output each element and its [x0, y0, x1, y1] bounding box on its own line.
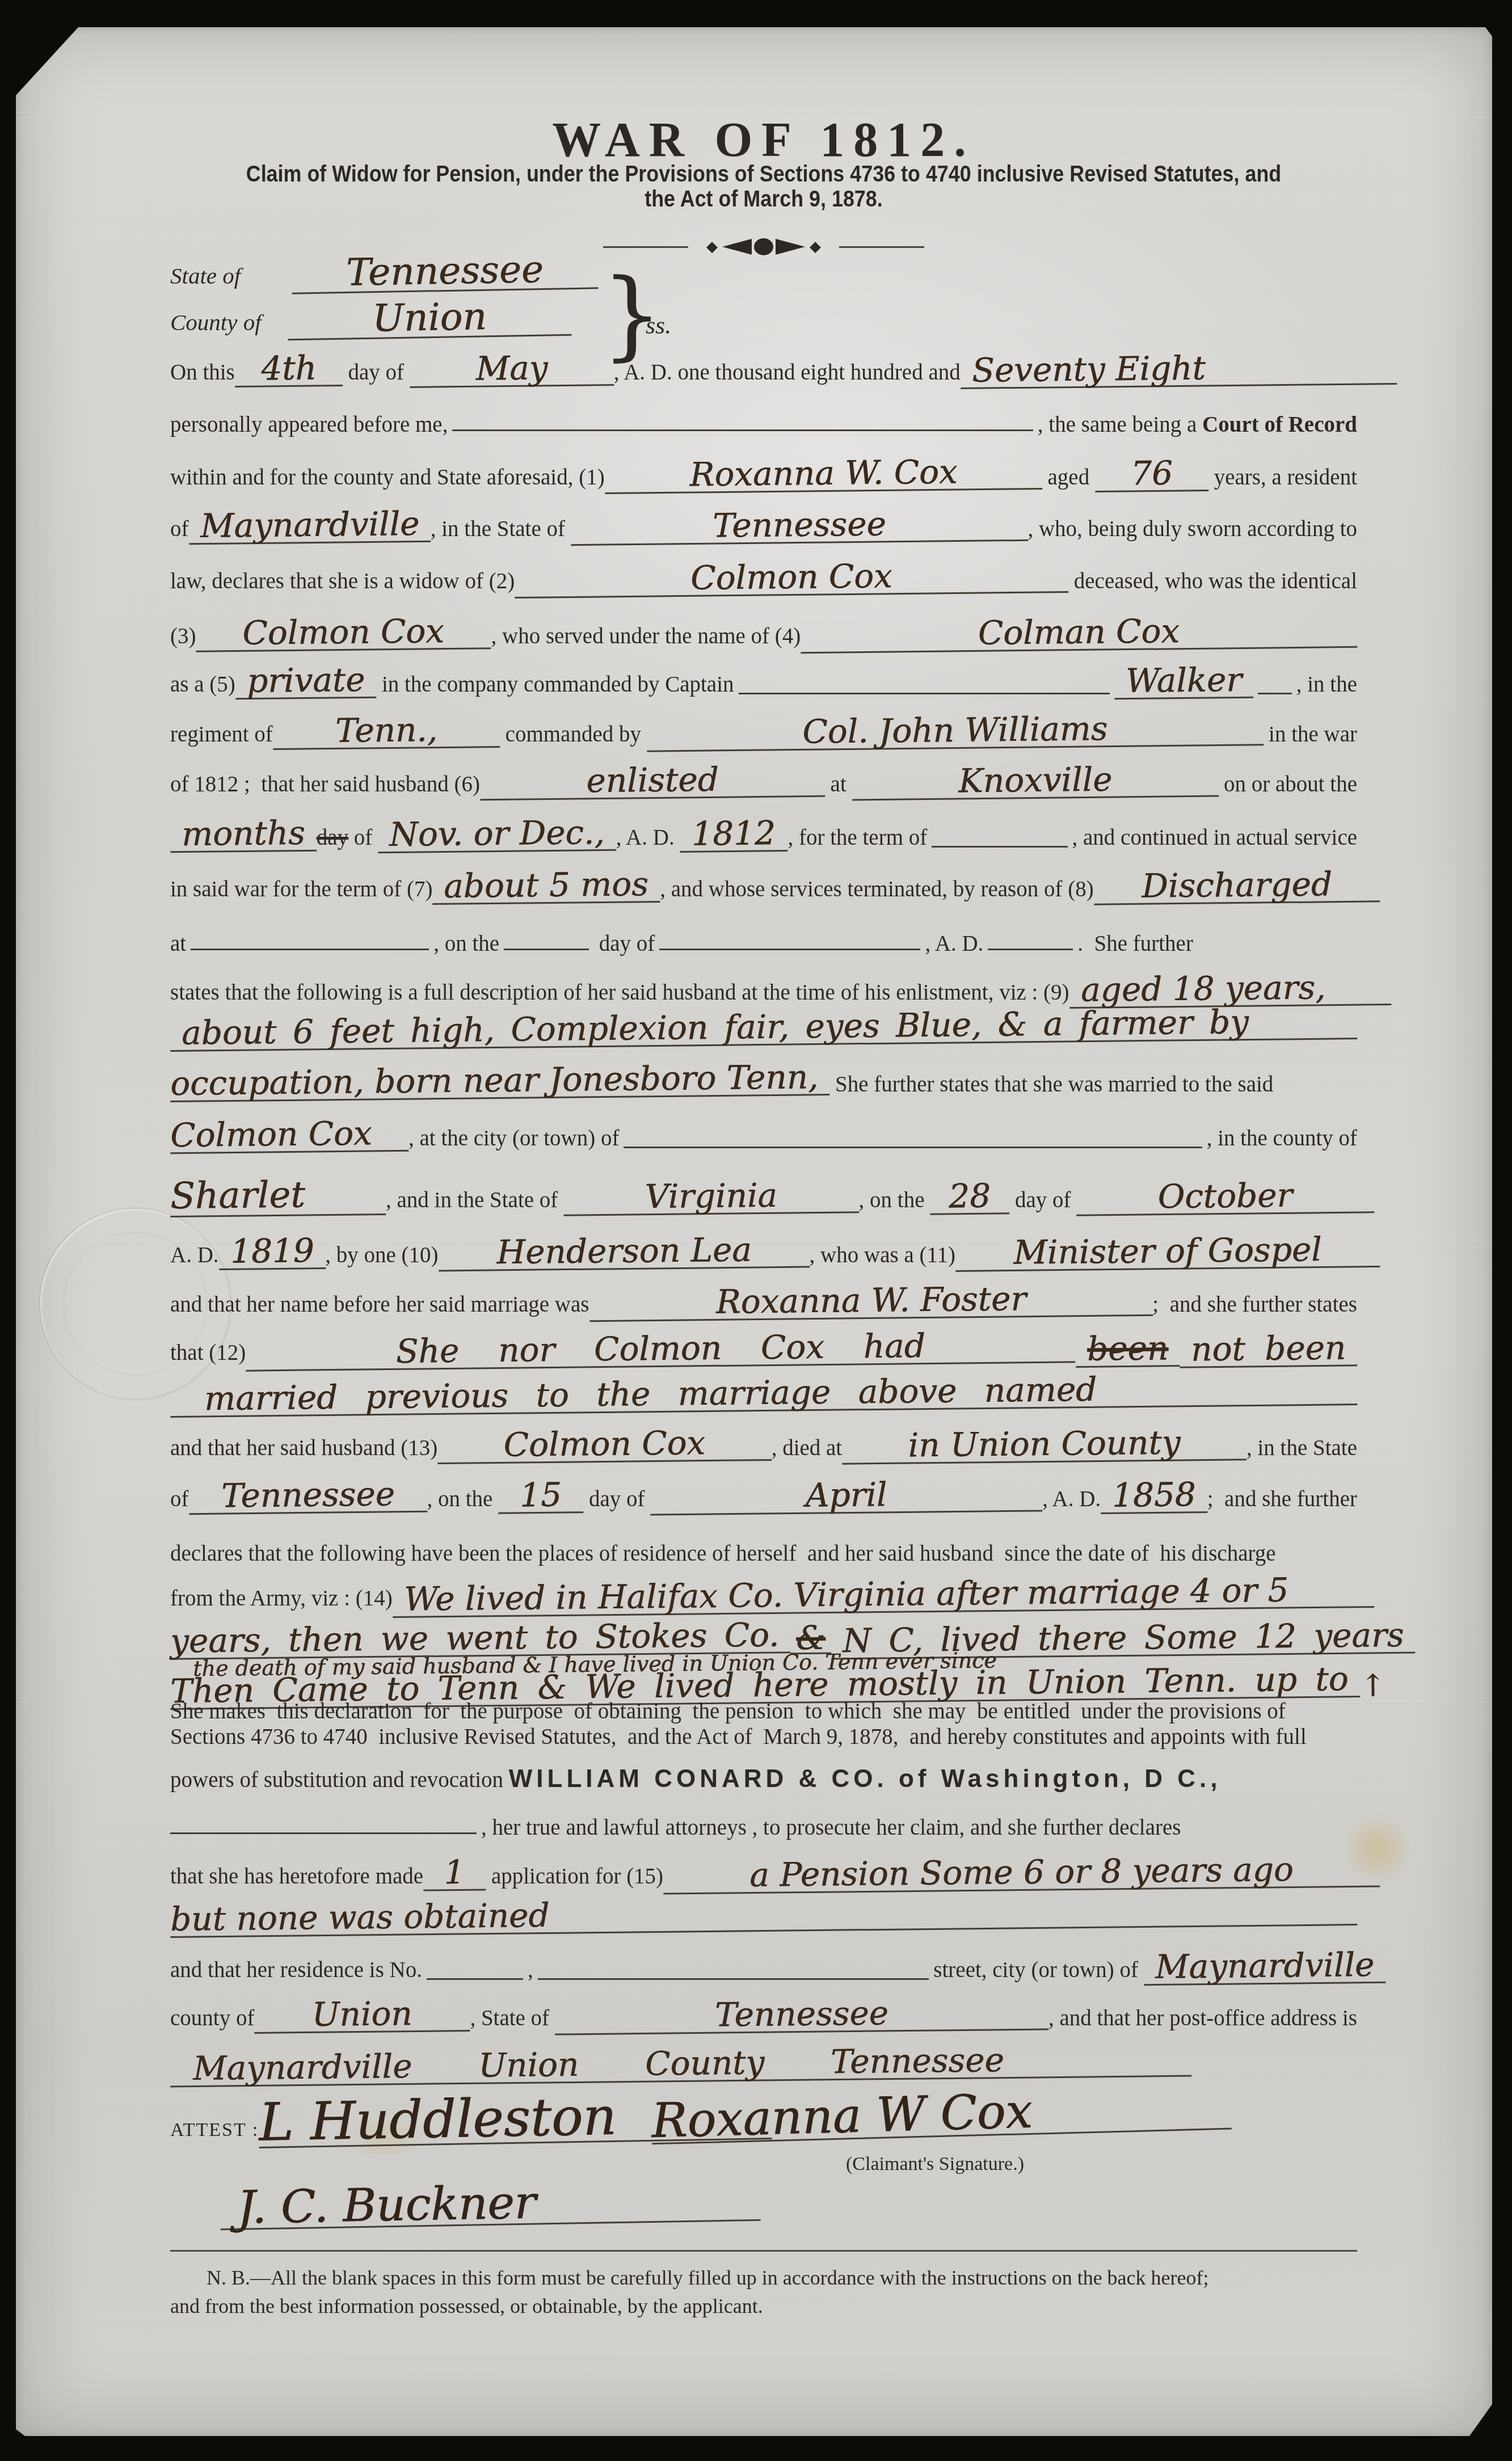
handwritten-death-place: in Union County — [842, 1427, 1246, 1465]
printed-text: powers of substitution and revocation — [170, 1769, 509, 1791]
handwritten-prior-application: a Pension Some 6 or 8 years ago — [663, 1853, 1380, 1894]
printed-text: , — [528, 1959, 533, 1981]
handwritten-county: Union — [254, 1998, 470, 2034]
printed-text: A. D. — [170, 1244, 219, 1266]
attest-line-1: ATTEST : L Huddleston — [170, 2095, 772, 2144]
form-line-24: declares that the following have been th… — [170, 1543, 1357, 1565]
printed-attorney-firm: WILLIAM CONARD & CO. of Washington, D C.… — [509, 1767, 1222, 1792]
printed-text: , her true and lawful attorneys , to pro… — [481, 1817, 1181, 1839]
printed-text: , the same being a — [1038, 414, 1202, 436]
form-line-35: and that her residence is No. , street, … — [170, 1951, 1357, 1984]
printed-text: ; and she further states — [1152, 1293, 1357, 1316]
state-value: Tennessee — [292, 251, 599, 294]
handwritten-claimant-name: Roxanna W. Cox — [604, 456, 1042, 494]
handwritten-husband-name: Colmon Cox — [437, 1427, 772, 1464]
county-line: County of Union — [170, 301, 571, 338]
handwritten-day: 4th — [234, 353, 343, 387]
handwritten-month: May — [410, 352, 614, 388]
printed-text: at — [170, 933, 186, 955]
printed-text: and that her residence is No. — [170, 1959, 422, 1981]
form-line-30: Sections 4736 to 4740 inclusive Revised … — [170, 1726, 1357, 1748]
printed-text: aged — [1042, 466, 1095, 488]
blank-line — [427, 1974, 523, 1980]
attest-signature-1: L Huddleston — [258, 2091, 772, 2148]
handwritten-discharged: Discharged — [1093, 869, 1380, 905]
handwritten-description: occupation, born near Jonesboro Tenn, — [170, 1062, 830, 1102]
handwritten-officiant-title: Minister of Gospel — [955, 1234, 1380, 1272]
handwritten-officiant: Henderson Lea — [438, 1234, 810, 1272]
printed-text: within and for the county and State afor… — [170, 466, 605, 488]
handwritten-county: Sharlet — [170, 1178, 386, 1217]
form-line-23: of Tennessee , on the 15 day of April , … — [170, 1480, 1357, 1514]
printed-text: , by one (10) — [325, 1244, 438, 1266]
printed-text: , for the term of — [787, 827, 927, 849]
handwritten-residence: Maynardville — [188, 509, 431, 545]
form-line-09: of 1812 ; that her said husband (6) enli… — [170, 765, 1357, 799]
blank-line — [170, 1828, 477, 1834]
footer-note-line1: N. B.—All the blank spaces in this form … — [170, 2266, 1357, 2290]
printed-text: , died at — [772, 1437, 843, 1459]
handwritten-town: Maynardville — [1143, 1950, 1385, 1986]
insertion-caret-icon: ↑ — [1359, 1672, 1385, 1703]
printed-text: ; and she further — [1207, 1488, 1357, 1510]
form-line-36: county of Union , State of Tennessee , a… — [170, 1999, 1357, 2033]
jurat-ss: ss. — [646, 311, 671, 340]
form-line-05: law, declares that she is a widow of (2)… — [170, 562, 1357, 596]
form-line-12: at , on the day of , A. D. . She further — [170, 933, 1357, 955]
printed-text: , on the — [433, 933, 499, 955]
handwritten-state: Tennessee — [188, 1479, 427, 1515]
printed-text: , and in the State of — [386, 1189, 563, 1211]
printed-text: , at the city (or town) of — [408, 1127, 619, 1149]
handwritten-application-count: 1 — [423, 1857, 486, 1891]
printed-text: declares that the following have been th… — [170, 1543, 1276, 1565]
handwritten-state: Virginia — [563, 1179, 859, 1216]
printed-text: , and continued in actual service — [1072, 827, 1357, 849]
handwritten-enlisted: enlisted — [480, 764, 826, 801]
handwritten-year: 1858 — [1101, 1480, 1207, 1514]
printed-text: , who, being duly sworn according to — [1027, 518, 1357, 540]
printed-text: states that the following is a full desc… — [170, 981, 1069, 1004]
blank-line — [191, 945, 429, 950]
printed-text: from the Army, viz : (14) — [170, 1587, 393, 1609]
printed-bold-text: Court of Record — [1202, 414, 1357, 436]
claimant-signature-caption: (Claimant's Signature.) — [651, 2154, 1219, 2175]
form-line-21: married previous to the marriage above n… — [170, 1378, 1357, 1411]
handwritten-maiden-name: Roxanna W. Foster — [589, 1283, 1152, 1322]
handwritten-rank: private — [235, 665, 376, 700]
printed-text: , A. D. one thousand eight hundred and — [614, 361, 961, 384]
printed-text: regiment of — [170, 723, 273, 745]
printed-text: , A. D. — [616, 827, 680, 849]
blank-line — [1258, 689, 1292, 694]
printed-text: of 1812 ; that her said husband (6) — [170, 773, 480, 795]
printed-caption: (Claimant's Signature.) — [846, 2154, 1024, 2175]
ornament-diamond-icon: ◆ — [706, 239, 718, 254]
printed-text: and that her said husband (13) — [170, 1437, 437, 1459]
form-line-32: , her true and lawful attorneys , to pro… — [170, 1817, 1357, 1839]
printed-text: street, city (or town) of — [933, 1959, 1143, 1981]
printed-text: , in the — [1296, 673, 1357, 696]
ornament-arrow-icon — [722, 239, 752, 255]
printed-text: She makes this declaration for the purpo… — [170, 1700, 1286, 1722]
handwritten-statement: not been — [1180, 1333, 1358, 1368]
form-paper-sheet: WAR OF 1812. Claim of Widow for Pension,… — [16, 27, 1492, 2436]
form-line-33: that she has heretofore made 1 applicati… — [170, 1857, 1357, 1891]
handwritten-year: 1819 — [218, 1236, 325, 1270]
printed-text: commanded by — [500, 723, 647, 745]
printed-text: . She further — [1077, 933, 1193, 955]
printed-text: of — [170, 1488, 189, 1510]
printed-text: that (12) — [170, 1342, 246, 1364]
printed-text: day of — [593, 933, 655, 955]
printed-text: , who served under the name of (4) — [491, 625, 801, 647]
printed-text: , who was a (11) — [810, 1244, 955, 1266]
printed-text: , A. D. — [1042, 1488, 1101, 1510]
form-line-31: powers of substitution and revocation WI… — [170, 1767, 1357, 1792]
attest-line-2: J. C. Buckner — [220, 2183, 760, 2226]
blank-line — [452, 425, 1033, 431]
county-label: County of — [170, 309, 262, 336]
handwritten-regiment: Tenn., — [273, 714, 500, 750]
handwritten-enlist-date: Nov. or Dec., — [378, 817, 616, 854]
form-line-25: from the Army, viz : (14) We lived in Ha… — [170, 1579, 1357, 1613]
document-subtitle-line2: the Act of March 9, 1878. — [188, 186, 1339, 212]
blank-line — [932, 842, 1067, 848]
handwritten-enlist-year: 1812 — [680, 818, 788, 853]
printed-struck-word: day — [317, 827, 348, 849]
form-line-15: occupation, born near Jonesboro Tenn, Sh… — [170, 1065, 1357, 1099]
handwritten-captain: Walker — [1114, 665, 1254, 700]
blank-line — [739, 689, 1110, 694]
ornament-line — [603, 246, 688, 248]
handwritten-month: October — [1076, 1179, 1374, 1216]
footer-rule — [170, 2250, 1357, 2252]
handwritten-year: Seventy Eight — [960, 351, 1397, 389]
document-title: WAR OF 1812. — [170, 111, 1357, 168]
handwritten-term: about 5 mos — [432, 869, 660, 905]
printed-text: deceased, who was the identical — [1068, 570, 1357, 592]
document-subtitle-line1: Claim of Widow for Pension, under the Pr… — [188, 161, 1339, 187]
printed-text: in the war — [1263, 723, 1357, 745]
printed-text: county of — [170, 2007, 254, 2029]
printed-text: Sections 4736 to 4740 inclusive Revised … — [170, 1726, 1307, 1748]
form-line-04: of Maynardville , in the State of Tennes… — [170, 510, 1357, 543]
printed-text: in the company commanded by Captain — [376, 673, 734, 696]
handwritten-statement: She nor Colmon Cox had — [246, 1329, 1076, 1371]
form-line-02: personally appeared before me, , the sam… — [170, 414, 1357, 436]
printed-text: that she has heretofore made — [170, 1865, 423, 1887]
blank-line — [659, 945, 920, 950]
printed-text: in said war for the term of (7) — [170, 878, 432, 900]
handwritten-statement: married previous to the marriage above n… — [170, 1372, 1358, 1418]
printed-text: day of — [583, 1488, 650, 1510]
ornament-arrow-icon — [776, 239, 805, 255]
handwritten-state: Tennessee — [555, 1996, 1049, 2035]
form-line-14: about 6 feet high, Complexion fair, eyes… — [170, 1012, 1357, 1046]
handwritten-struck-word: been — [1075, 1333, 1180, 1368]
form-line-17: Sharlet , and in the State of Virginia ,… — [170, 1179, 1357, 1216]
printed-text: personally appeared before me, — [170, 414, 448, 436]
handwritten-place: Knoxville — [852, 764, 1218, 801]
handwritten-month: April — [650, 1478, 1043, 1515]
form-line-18: A. D. 1819 , by one (10) Henderson Lea ,… — [170, 1236, 1357, 1270]
handwritten-post-office-address: Maynardville Union County Tennessee — [170, 2043, 1192, 2088]
blank-line — [538, 1974, 929, 1980]
form-line-11: in said war for the term of (7) about 5 … — [170, 870, 1357, 904]
printed-text: day of — [343, 361, 410, 384]
handwritten-state: Tennessee — [570, 508, 1027, 546]
printed-text: day of — [1009, 1189, 1076, 1211]
handwritten-husband-name: Colmon Cox — [515, 559, 1068, 599]
handwritten-service-name: Colman Cox — [801, 614, 1357, 654]
printed-text: of — [170, 518, 189, 540]
handwritten-colonel: Col. John Williams — [646, 712, 1263, 752]
form-line-34: but none was obtained — [170, 1898, 1357, 1932]
form-line-06: (3) Colmon Cox , who served under the na… — [170, 617, 1357, 651]
ornament-line — [839, 246, 924, 248]
form-line-03: within and for the county and State afor… — [170, 458, 1357, 492]
printed-text: , State of — [470, 2007, 554, 2029]
printed-text: , and that her post-office address is — [1048, 2007, 1357, 2029]
printed-text: application for (15) — [486, 1865, 663, 1887]
printed-text: on or about the — [1218, 773, 1357, 795]
printed-text: at — [825, 773, 852, 795]
form-line-13: states that the following is a full desc… — [170, 974, 1357, 1007]
printed-text: and that her name before her said marria… — [170, 1293, 589, 1316]
ornament-dot-icon — [754, 238, 773, 255]
handwritten-description: about 6 feet high, Complexion fair, eyes… — [170, 1006, 1358, 1052]
form-line-01: On this 4th day of May , A. D. one thous… — [170, 353, 1357, 387]
attest-label: ATTEST : — [170, 2121, 259, 2140]
form-line-07: as a (5) private in the company commande… — [170, 665, 1357, 699]
ornament-diamond-icon: ◆ — [810, 239, 821, 254]
printed-text: , A. D. — [925, 933, 983, 955]
attest-signature-2: J. C. Buckner — [220, 2178, 760, 2231]
printed-text: years, a resident — [1208, 466, 1357, 488]
handwritten-husband-name: Colmon Cox — [196, 616, 491, 652]
printed-text: , in the State — [1246, 1437, 1357, 1459]
printed-text: On this — [170, 361, 235, 384]
scanned-document-page: { "header": { "title": "WAR OF 1812.", "… — [0, 0, 1512, 2461]
printed-text: , on the — [859, 1189, 930, 1211]
footer-note-line2: and from the best information possessed,… — [170, 2294, 1357, 2318]
handwritten-day: 15 — [498, 1480, 584, 1514]
printed-text: She further states that she was married … — [829, 1073, 1273, 1095]
printed-text: (3) — [170, 625, 196, 647]
county-value: Union — [287, 298, 571, 341]
printed-text: , and whose services terminated, by reas… — [660, 878, 1094, 900]
printed-text: , on the — [427, 1488, 499, 1510]
form-line-19: and that her name before her said marria… — [170, 1286, 1357, 1319]
handwritten-day: 28 — [930, 1181, 1010, 1215]
handwritten-husband-name: Colmon Cox — [170, 1118, 409, 1154]
form-line-10: months day of Nov. or Dec., , A. D. 1812… — [170, 819, 1357, 852]
printed-text: of — [348, 827, 378, 849]
printed-text: law, declares that she is a widow of (2) — [170, 570, 515, 592]
form-line-16: Colmon Cox , at the city (or town) of , … — [170, 1119, 1357, 1153]
form-line-29: She makes this declaration for the purpo… — [170, 1700, 1357, 1722]
blank-line — [624, 1143, 1202, 1148]
state-line: State of Tennessee — [170, 254, 598, 292]
handwritten-months: months — [170, 818, 317, 853]
handwritten-age: 76 — [1095, 458, 1209, 492]
form-line-22: and that her said husband (13) Colmon Co… — [170, 1429, 1357, 1463]
printed-text: as a (5) — [170, 673, 235, 696]
form-line-08: regiment of Tenn., commanded by Col. Joh… — [170, 715, 1357, 749]
state-label: State of — [170, 262, 241, 289]
handwritten-prior-application: but none was obtained — [170, 1892, 1358, 1938]
printed-text: , in the county of — [1207, 1127, 1357, 1149]
handwritten-residence-history: We lived in Halifax Co. Virginia after m… — [392, 1574, 1374, 1618]
blank-line — [504, 945, 589, 950]
printed-text: , in the State of — [431, 518, 571, 540]
blank-line — [988, 945, 1073, 950]
form-line-37: Maynardville Union County Tennessee — [170, 2049, 1357, 2082]
form-line-20: that (12) She nor Colmon Cox had been no… — [170, 1334, 1357, 1367]
